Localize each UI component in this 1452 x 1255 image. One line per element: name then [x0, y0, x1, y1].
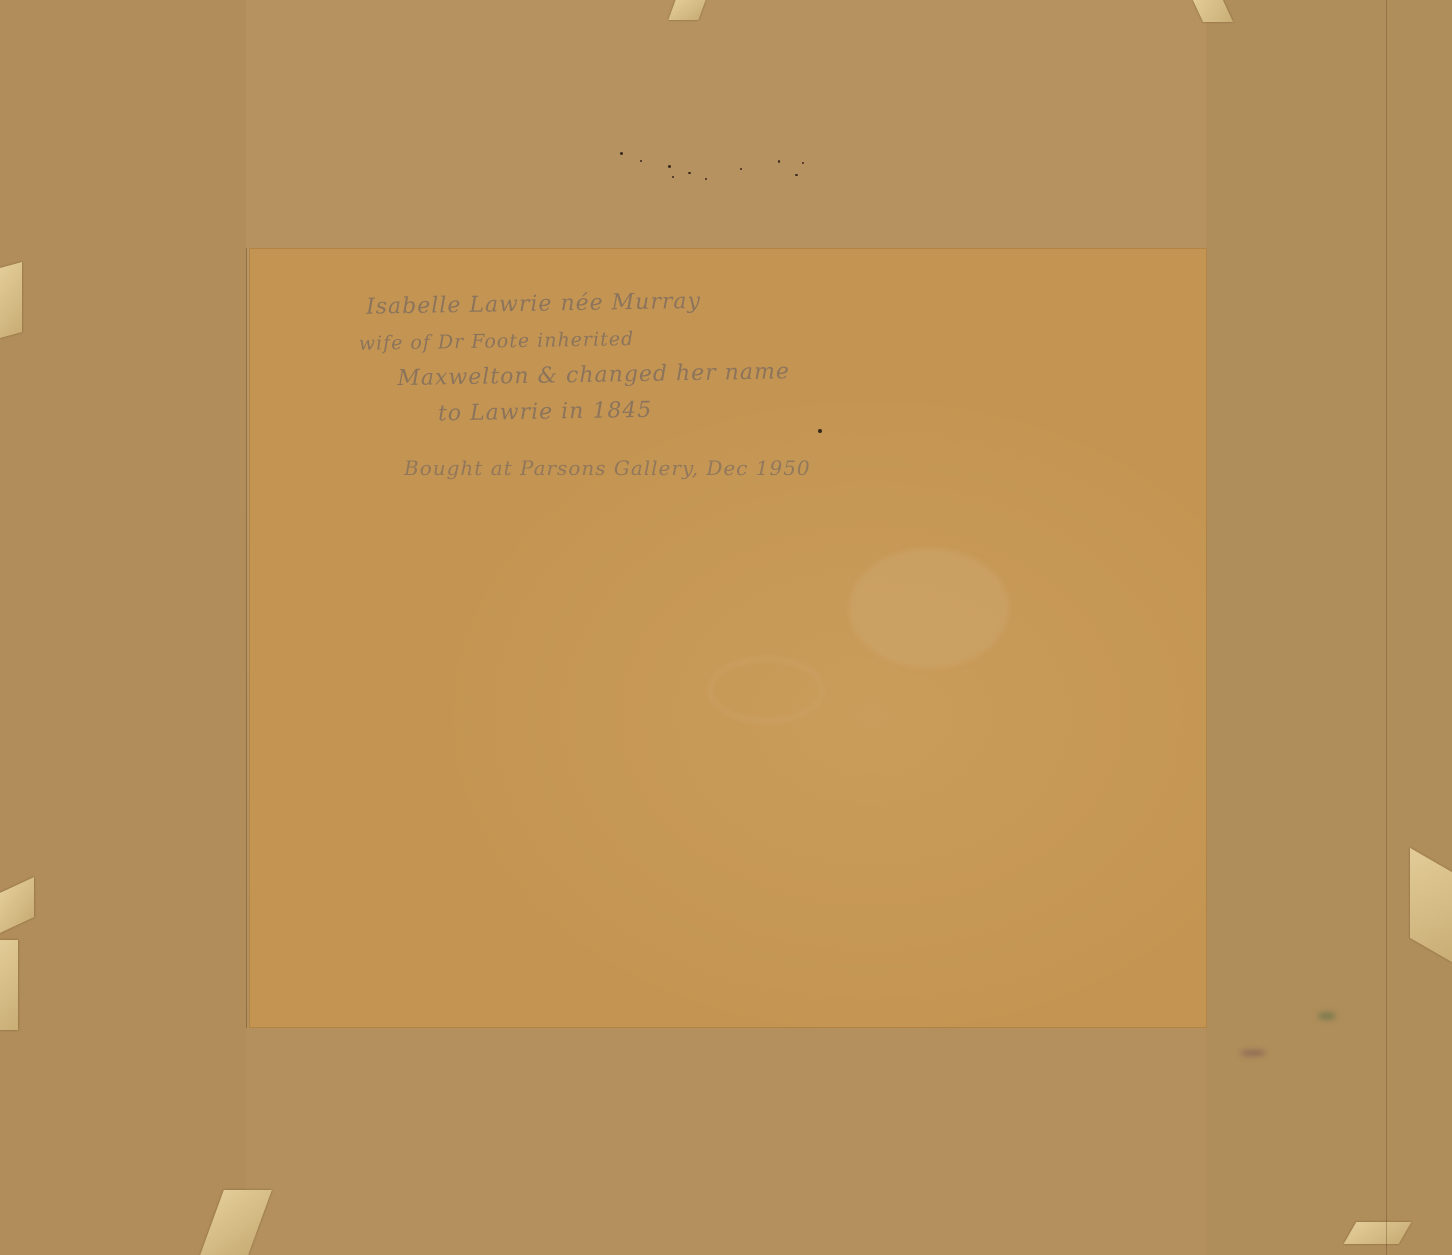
- artwork-back-photo: Isabelle Lawrie née Murray wife of Dr Fo…: [0, 0, 1452, 1255]
- stain-green: [1318, 1012, 1336, 1020]
- label-card: Isabelle Lawrie née Murray wife of Dr Fo…: [249, 248, 1207, 1028]
- backing-strip-bottom: [246, 1028, 1206, 1255]
- inscription-line-4: to Lawrie in 1845: [438, 390, 791, 432]
- backing-strip-left: [0, 0, 247, 1255]
- faint-smudge: [849, 548, 1009, 668]
- inscription-line-3: Maxwelton & changed her name: [397, 354, 790, 397]
- stain-purple: [1240, 1050, 1266, 1056]
- tape-fragment-left-top: [0, 262, 22, 338]
- ink-dot: [818, 429, 822, 433]
- provenance-note: Bought at Parsons Gallery, Dec 1950: [404, 456, 811, 480]
- faint-arc-mark: [709, 658, 823, 722]
- crease-right: [1386, 0, 1387, 1255]
- tape-fragment-left-lower: [0, 940, 18, 1030]
- backing-strip-top: [246, 0, 1206, 248]
- pencil-inscription: Isabelle Lawrie née Murray wife of Dr Fo…: [366, 282, 791, 433]
- backing-strip-right: [1205, 0, 1452, 1255]
